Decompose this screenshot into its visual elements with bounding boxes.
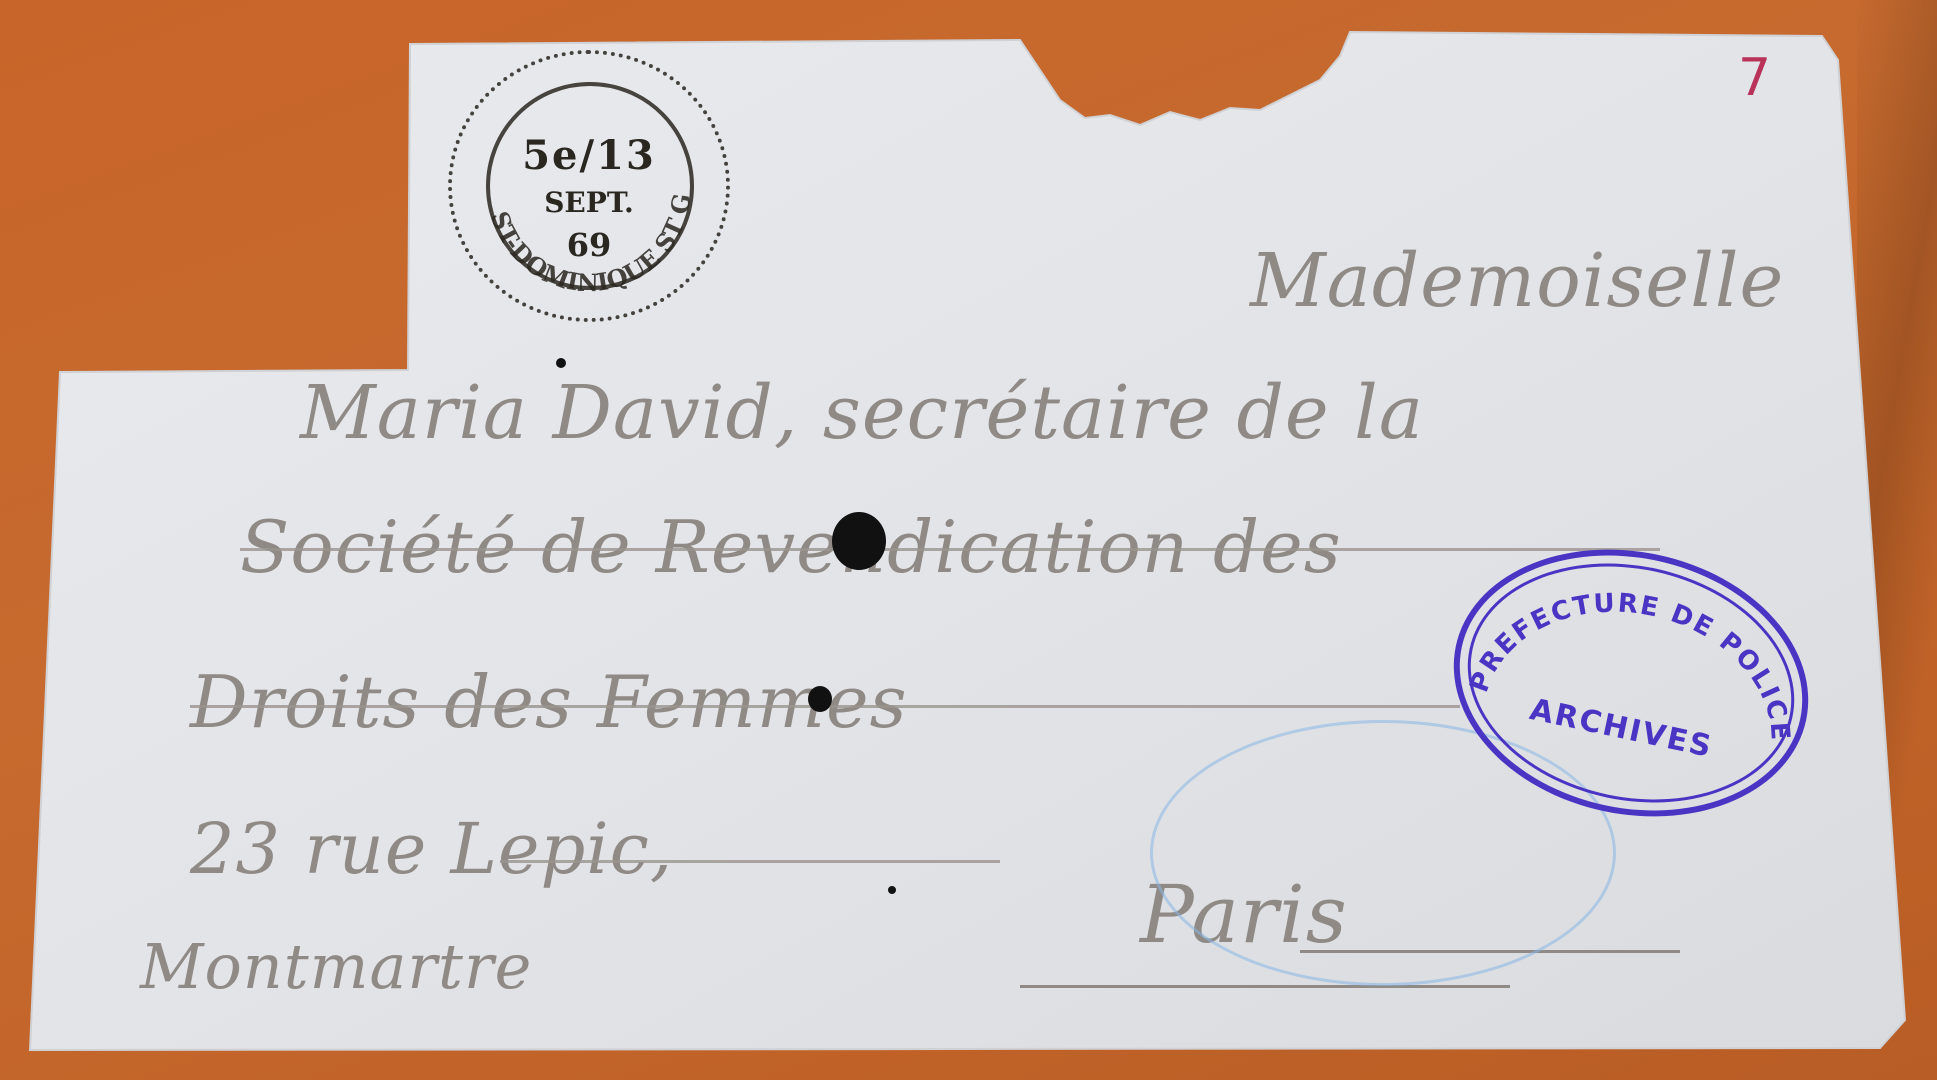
ink-dot <box>556 358 566 368</box>
address-line-salutation: Mademoiselle <box>1250 238 1784 324</box>
address-line-society: Société de Revendication des <box>240 505 1342 589</box>
ink-blot <box>808 686 832 712</box>
postmark: 5e/13 SEPT. 69 ST-DOMINIQUE ST GN 56 <box>448 50 730 322</box>
address-line-name: Maria David, secrétaire de la <box>300 370 1424 456</box>
address-line-rights: Droits des Femmes <box>190 660 908 744</box>
postmark-arc-text: ST-DOMINIQUE ST GN 56 <box>448 50 730 322</box>
envelope: 5e/13 SEPT. 69 ST-DOMINIQUE ST GN 56 7 M… <box>0 0 1937 1080</box>
city-underline <box>1020 985 1510 988</box>
address-line-district: Montmartre <box>140 930 532 1003</box>
address-line-street: 23 rue Lepic, <box>190 808 673 890</box>
archive-number: 7 <box>1738 48 1771 108</box>
strike-line <box>240 548 1660 551</box>
ink-dot <box>888 886 896 894</box>
ink-blot <box>832 512 886 570</box>
svg-text:ST-DOMINIQUE ST GN 56: ST-DOMINIQUE ST GN 56 <box>448 50 696 297</box>
strike-line <box>500 860 1000 863</box>
